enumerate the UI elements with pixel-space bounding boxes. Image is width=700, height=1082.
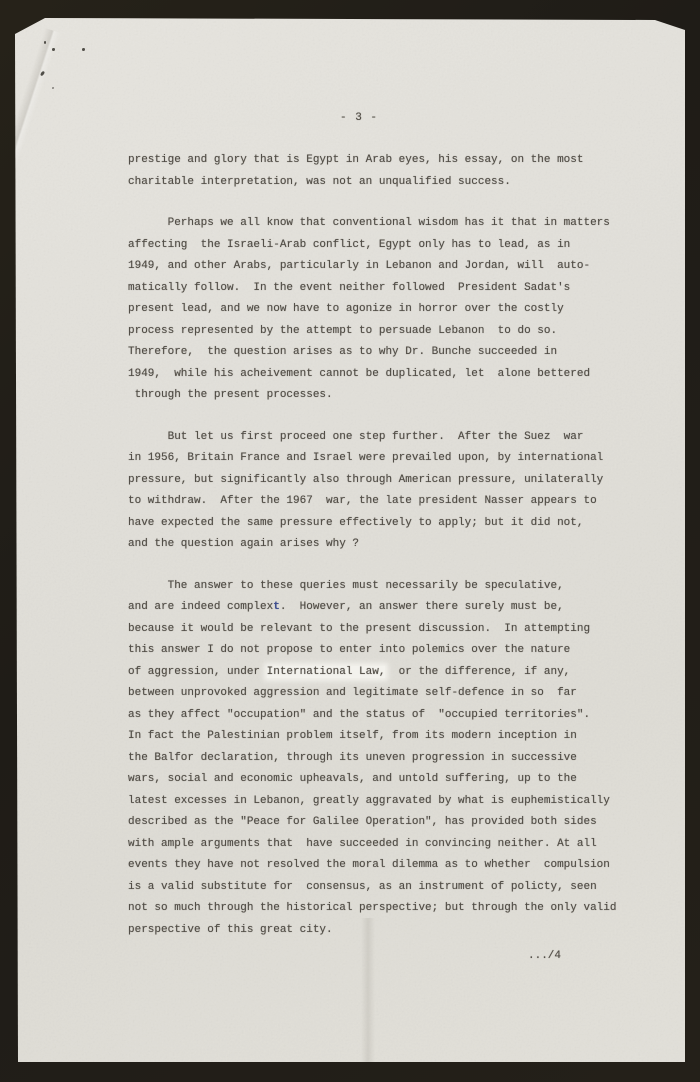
text-line: latest excesses in Lebanon, greatly aggr… [128,791,633,813]
paragraph: But let us first proceed one step furthe… [128,427,633,556]
text-line: this answer I do not propose to enter in… [128,640,633,662]
text-line: But let us first proceed one step furthe… [128,427,633,449]
paper-crease [0,28,60,318]
whiteout-correction: International Law, [267,666,386,678]
text-line: and the question again arises why ? [128,534,633,556]
text-line: as they affect "occupation" and the stat… [128,705,633,727]
text-line: perspective of this great city. [128,920,633,942]
overtyped-correction: t [273,601,280,613]
text-line: to withdraw. After the 1967 war, the lat… [128,491,633,513]
text-line: The answer to these queries must necessa… [128,576,633,598]
text-line: not so much through the historical persp… [128,898,633,920]
text-line: present lead, and we now have to agonize… [128,299,633,321]
text-line: through the present processes. [128,385,633,407]
text-line: 1949, and other Arabs, particularly in L… [128,256,633,278]
ink-speck [52,87,54,89]
text-line: matically follow. In the event neither f… [128,278,633,300]
ink-speck [82,48,85,51]
text-line: is a valid substitute for consensus, as … [128,877,633,899]
ink-speck [40,71,45,77]
text-line: the Balfor declaration, through its unev… [128,748,633,770]
page-continuation-mark: .../4 [528,950,561,962]
text-line: in 1956, Britain France and Israel were … [128,448,633,470]
document-page: - 3 - prestige and glory that is Egypt i… [15,18,685,1062]
text-line: pressure, but significantly also through… [128,470,633,492]
text-line: have expected the same pressure effectiv… [128,513,633,535]
text-line: because it would be relevant to the pres… [128,619,633,641]
paragraph: Perhaps we all know that conventional wi… [128,213,633,407]
text-line: with ample arguments that have succeeded… [128,834,633,856]
paragraph: prestige and glory that is Egypt in Arab… [128,150,633,193]
text-line: 1949, while his acheivement cannot be du… [128,364,633,386]
text-line: prestige and glory that is Egypt in Arab… [128,150,633,172]
page-number: - 3 - [340,112,378,124]
paragraph: The answer to these queries must necessa… [128,576,633,942]
document-body: prestige and glory that is Egypt in Arab… [128,150,633,961]
text-line: wars, social and economic upheavals, and… [128,769,633,791]
scan-background: - 3 - prestige and glory that is Egypt i… [0,0,700,1082]
text-line: described as the "Peace for Galilee Oper… [128,812,633,834]
text-line: Therefore, the question arises as to why… [128,342,633,364]
text-line: of aggression, under International Law, … [128,662,633,684]
ink-speck [44,41,46,44]
ink-speck [52,48,55,51]
text-line: In fact the Palestinian problem itself, … [128,726,633,748]
text-line: process represented by the attempt to pe… [128,321,633,343]
text-line: affecting the Israeli-Arab conflict, Egy… [128,235,633,257]
text-line: charitable interpretation, was not an un… [128,172,633,194]
text-line: between unprovoked aggression and legiti… [128,683,633,705]
text-line: and are indeed complext. However, an ans… [128,597,633,619]
text-line: Perhaps we all know that conventional wi… [128,213,633,235]
text-line: events they have not resolved the moral … [128,855,633,877]
